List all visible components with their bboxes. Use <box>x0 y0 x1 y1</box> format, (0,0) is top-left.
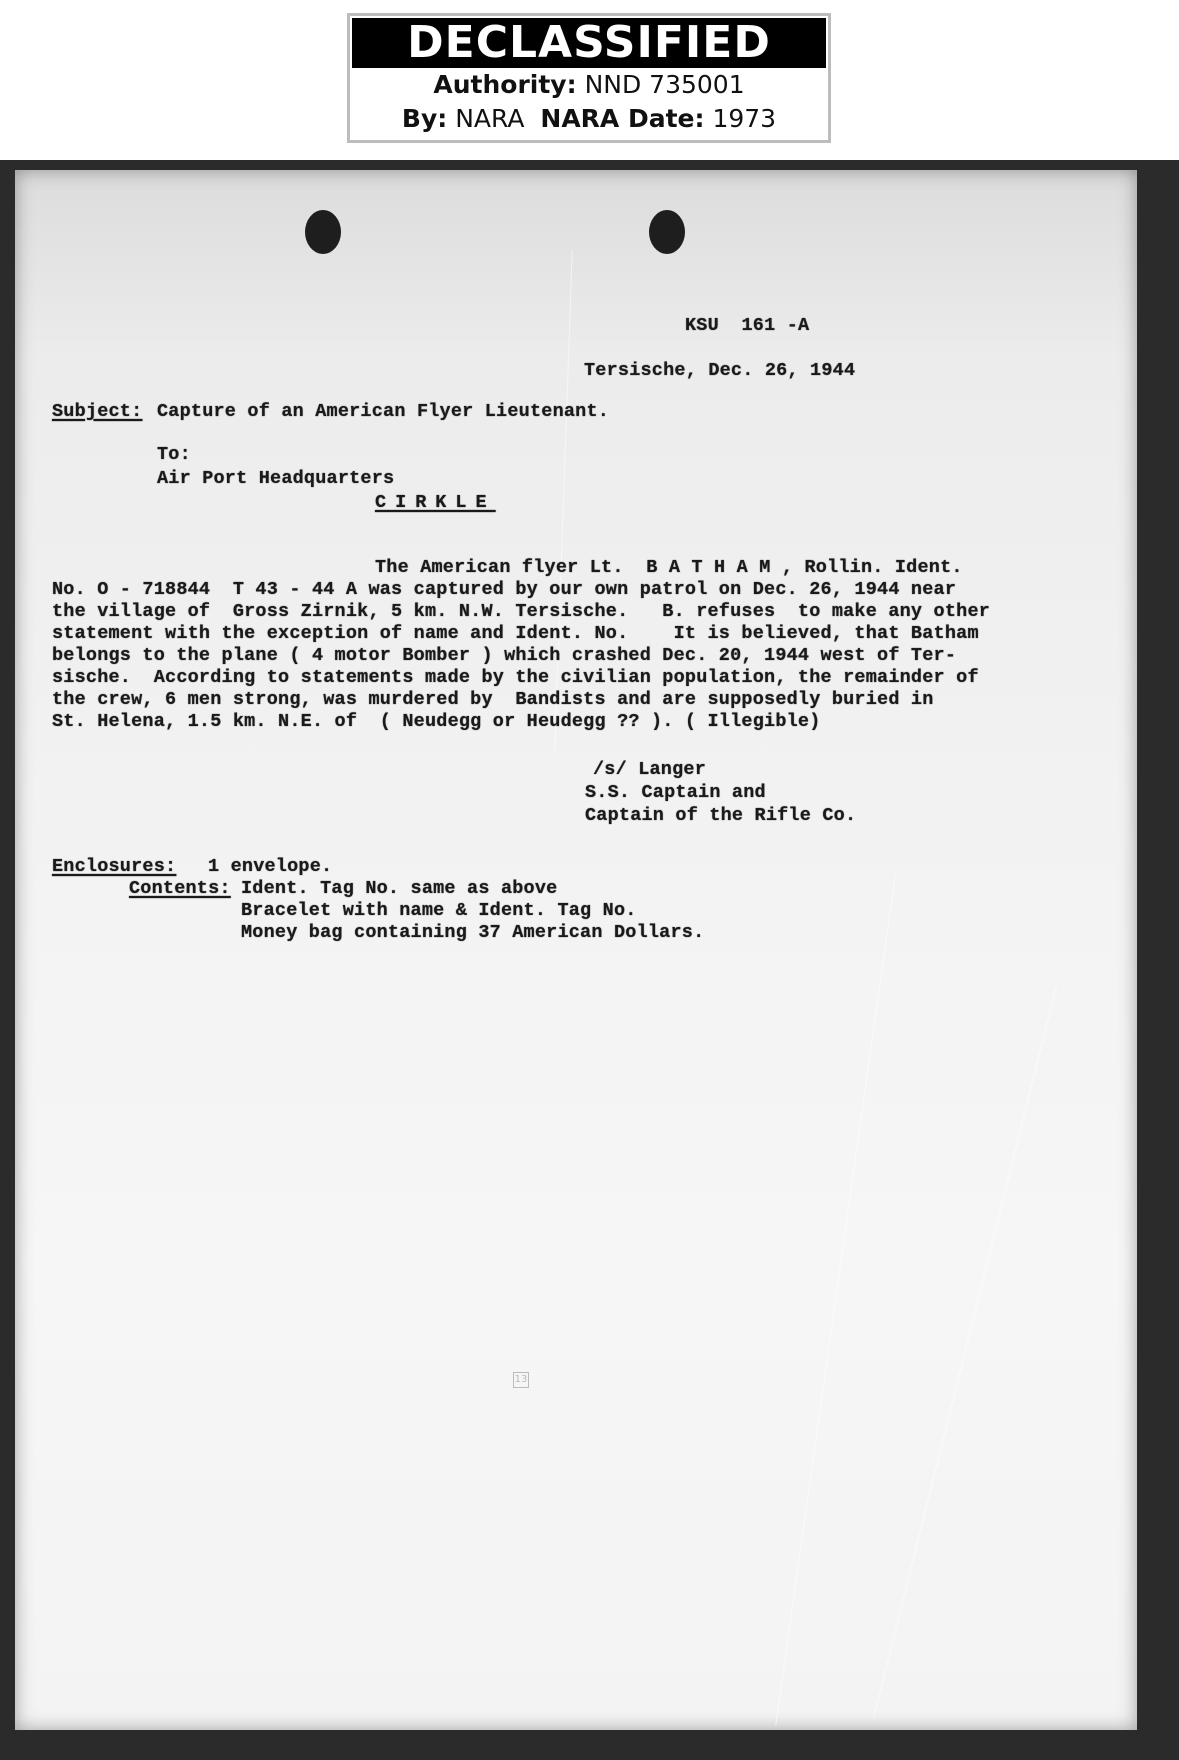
film-scratch <box>873 981 1058 1719</box>
to-place: CIRKLE <box>375 490 496 515</box>
stamp-authority-label: Authority: <box>433 70 576 99</box>
stamp-authority: Authority: NND 735001 <box>350 68 828 102</box>
page-mark: 13 <box>513 1372 529 1388</box>
stamp-title: DECLASSIFIED <box>352 18 826 68</box>
place-date: Tersische, Dec. 26, 1944 <box>584 358 855 383</box>
punch-hole-right <box>649 210 685 254</box>
stamp-by-value: NARA <box>455 104 524 133</box>
punch-hole-left <box>305 210 341 254</box>
subject-text: Capture of an American Flyer Lieutenant. <box>157 399 609 424</box>
declassified-stamp: DECLASSIFIED Authority: NND 735001 By: N… <box>347 13 831 143</box>
document-page: KSU 161 -A Tersische, Dec. 26, 1944 Subj… <box>15 170 1137 1730</box>
stamp-by-label: By: <box>402 104 447 133</box>
signature-title-1: S.S. Captain and <box>585 780 766 805</box>
stamp-date-value: 1973 <box>712 104 776 133</box>
signature-title-2: Captain of the Rifle Co. <box>585 803 856 828</box>
to-label: To: <box>157 442 191 467</box>
contents-label: Contents: <box>129 876 231 901</box>
microfilm-frame: KSU 161 -A Tersische, Dec. 26, 1944 Subj… <box>0 160 1179 1760</box>
subject-label: Subject: <box>52 399 142 424</box>
film-scratch <box>775 874 896 1726</box>
body-line: St. Helena, 1.5 km. N.E. of ( Neudegg or… <box>52 709 821 734</box>
file-reference: KSU 161 -A <box>685 313 809 338</box>
signature-name: /s/ Langer <box>593 757 706 782</box>
stamp-by-date: By: NARA NARA Date: 1973 <box>350 102 828 136</box>
stamp-date-label: NARA Date: <box>540 104 704 133</box>
to-recipient: Air Port Headquarters <box>157 466 394 491</box>
contents-item: Money bag containing 37 American Dollars… <box>241 920 704 945</box>
stamp-authority-value: NND 735001 <box>585 70 745 99</box>
